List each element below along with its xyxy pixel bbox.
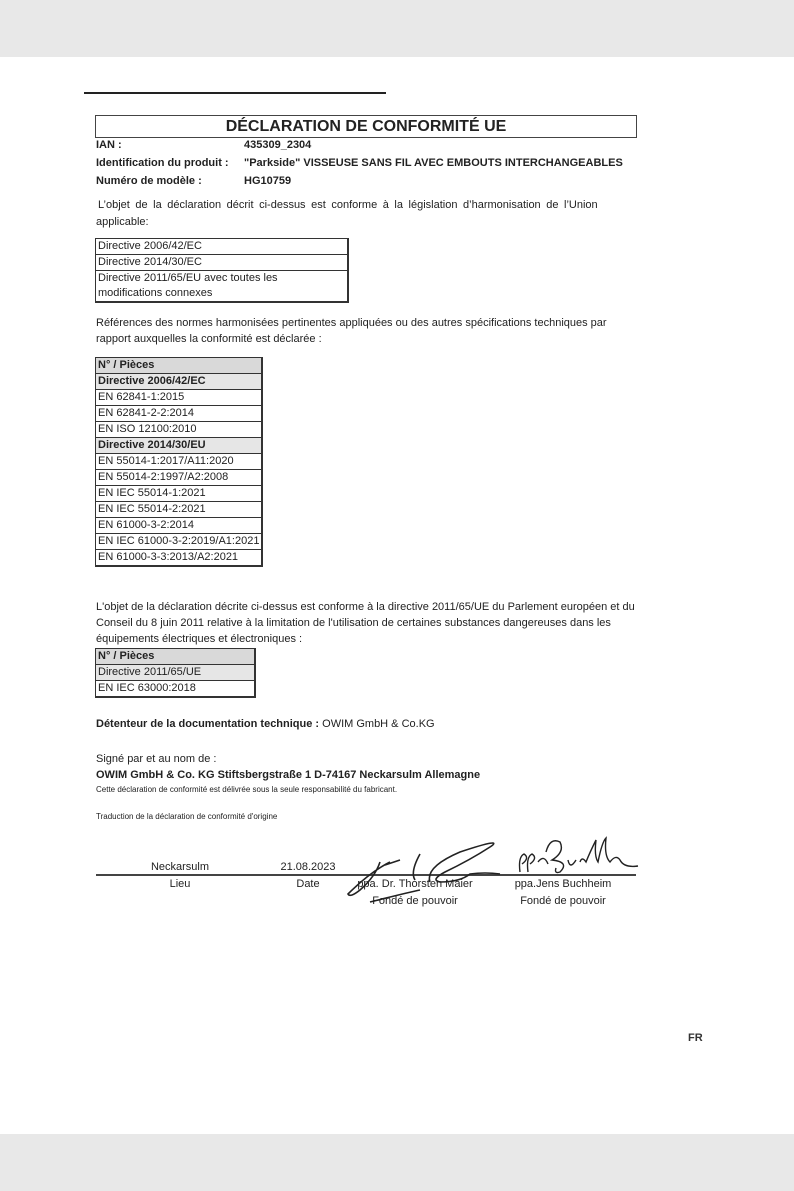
field-label: Numéro de modèle : <box>96 175 202 187</box>
standards-table: N° / Pièces Directive 2006/42/EC EN 6284… <box>95 357 263 567</box>
table-row: EN ISO 12100:2010 <box>96 422 263 438</box>
signature-2-icon <box>510 832 650 882</box>
standards-intro-line-1: Références des normes harmonisées pertin… <box>96 315 607 332</box>
rohs-table: N° / Pièces Directive 2011/65/UE EN IEC … <box>95 648 256 698</box>
signature-place: Neckarsulm <box>140 861 220 873</box>
company-address: OWIM GmbH & Co. KG Stiftsbergstraße 1 D-… <box>96 767 480 784</box>
header-rule <box>84 92 386 94</box>
viewer-bottom-band <box>0 1134 794 1191</box>
intro-line-1: L’objet de la déclaration décrit ci-dess… <box>98 197 598 214</box>
holder-value: OWIM GmbH & Co.KG <box>319 718 435 730</box>
intro-line-2: applicable: <box>96 214 149 231</box>
directives-table: Directive 2006/42/EC Directive 2014/30/E… <box>95 238 349 303</box>
field-model: Numéro de modèle : HG10759 <box>96 175 202 187</box>
group-row: Directive 2006/42/EC <box>96 374 263 390</box>
table-row: EN IEC 63000:2018 <box>96 681 256 698</box>
field-product: Identification du produit : "Parkside" V… <box>96 157 229 169</box>
group-row: Directive 2011/65/UE <box>96 665 256 681</box>
directive-cell: modifications connexes <box>96 286 349 302</box>
signed-by-label: Signé par et au nom de : <box>96 751 216 768</box>
table-row: EN 62841-1:2015 <box>96 390 263 406</box>
language-code: FR <box>688 1032 703 1044</box>
signature-1-icon <box>330 832 510 912</box>
table-row: EN 61000-3-2:2014 <box>96 518 263 534</box>
responsibility-note: Cette déclaration de conformité est déli… <box>96 784 397 796</box>
field-value: HG10759 <box>244 175 291 187</box>
directive-cell: Directive 2006/42/EC <box>96 239 349 255</box>
translation-note: Traduction de la déclaration de conformi… <box>96 811 277 823</box>
field-label: Identification du produit : <box>96 157 229 169</box>
directive-cell: Directive 2014/30/EC <box>96 255 349 271</box>
group-row: Directive 2014/30/EU <box>96 438 263 454</box>
field-value: "Parkside" VISSEUSE SANS FIL AVEC EMBOUT… <box>244 157 623 169</box>
technical-documentation-holder: Détenteur de la documentation technique … <box>96 716 435 733</box>
table-header: N° / Pièces <box>96 358 263 374</box>
field-value: 435309_2304 <box>244 139 311 151</box>
field-label: IAN : <box>96 139 122 151</box>
directive-cell: Directive 2011/65/EU avec toutes les <box>96 271 349 287</box>
document-title: DÉCLARATION DE CONFORMITÉ UE <box>95 115 637 138</box>
rohs-intro-line-2: Conseil du 8 juin 2011 relative à la lim… <box>96 615 611 632</box>
table-row: EN 55014-2:1997/A2:2008 <box>96 470 263 486</box>
table-row: EN IEC 55014-2:2021 <box>96 502 263 518</box>
table-row: EN 62841-2-2:2014 <box>96 406 263 422</box>
table-header: N° / Pièces <box>96 649 256 665</box>
standards-intro-line-2: rapport auxquelles la conformité est déc… <box>96 331 322 348</box>
place-label: Lieu <box>140 878 220 890</box>
table-row: EN IEC 61000-3-2:2019/A1:2021 <box>96 534 263 550</box>
rohs-intro-line-1: L'objet de la déclaration décrite ci-des… <box>96 599 635 616</box>
table-row: EN 61000-3-3:2013/A2:2021 <box>96 550 263 567</box>
holder-label: Détenteur de la documentation technique … <box>96 718 319 730</box>
rohs-intro-line-3: équipements électriques et électroniques… <box>96 631 302 648</box>
table-row: EN IEC 55014-1:2021 <box>96 486 263 502</box>
field-ian: IAN : 435309_2304 <box>96 139 122 151</box>
table-row: EN 55014-1:2017/A11:2020 <box>96 454 263 470</box>
signer-2-role: Fondé de pouvoir <box>498 895 628 907</box>
viewer-top-band <box>0 0 794 57</box>
